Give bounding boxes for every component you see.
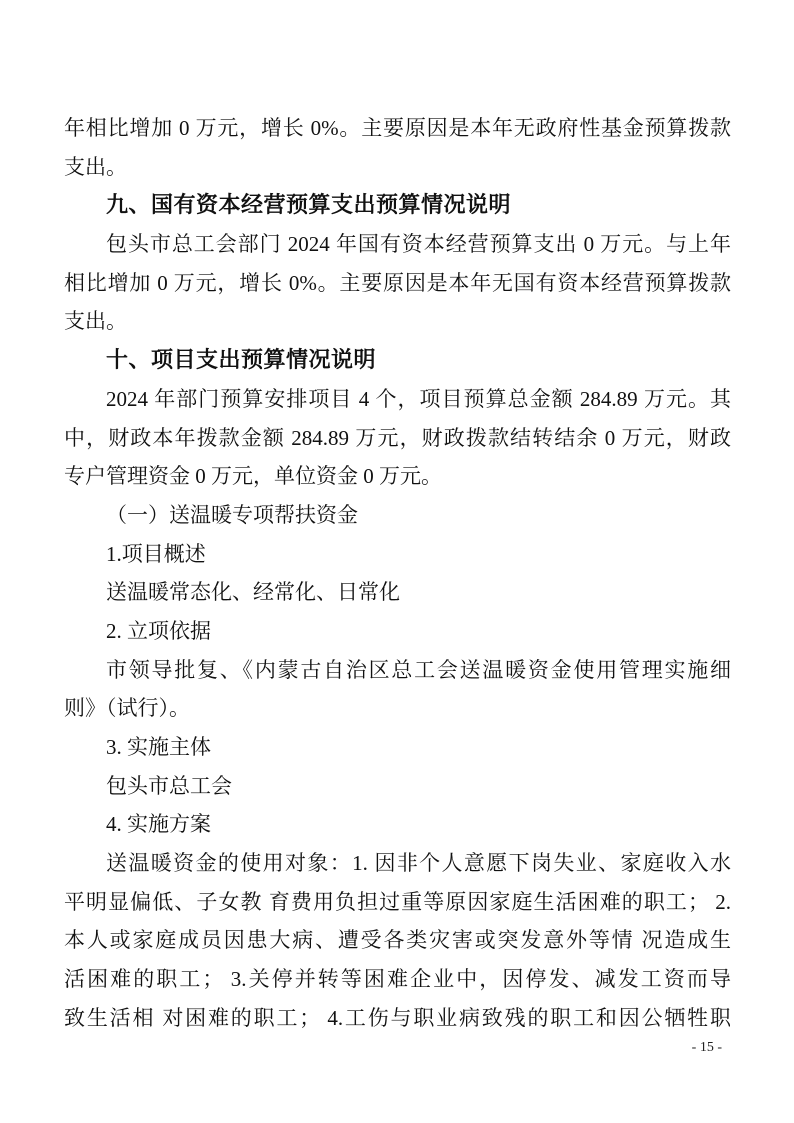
text-line: 中，财政本年拨款金额 284.89 万元，财政拨款结转结余 0 万元，财政 — [64, 419, 731, 458]
subsection-heading: （一）送温暖专项帮扶资金 — [64, 496, 731, 535]
text-line: 活困难的职工； 3.关停并转等困难企业中，因停发、减发工资而导 — [64, 960, 731, 999]
text-line: 支出。 — [64, 148, 731, 187]
text-line: 送温暖常态化、经常化、日常化 — [64, 573, 731, 612]
text-line: 年相比增加 0 万元，增长 0%。主要原因是本年无政府性基金预算拨款 — [64, 109, 731, 148]
text-line: 包头市总工会 — [64, 767, 731, 806]
text-line: 本人或家庭成员因患大病、遭受各类灾害或突发意外等情 况造成生 — [64, 921, 731, 960]
list-item-heading: 3. 实施主体 — [64, 728, 731, 767]
list-item-heading: 4. 实施方案 — [64, 805, 731, 844]
list-item-heading: 1.项目概述 — [64, 535, 731, 574]
section-heading-9: 九、国有资本经营预算支出预算情况说明 — [64, 186, 731, 225]
document-page: 年相比增加 0 万元，增长 0%。主要原因是本年无政府性基金预算拨款 支出。 九… — [0, 0, 794, 1123]
text-line: 市领导批复、《内蒙古自治区总工会送温暖资金使用管理实施细 — [64, 651, 731, 690]
text-line: 平明显偏低、子女教 育费用负担过重等原因家庭生活困难的职工； 2. — [64, 883, 731, 922]
text-line: 包头市总工会部门 2024 年国有资本经营预算支出 0 万元。与上年 — [64, 225, 731, 264]
section-heading-10: 十、项目支出预算情况说明 — [64, 341, 731, 380]
list-item-heading: 2. 立项依据 — [64, 612, 731, 651]
text-line: 相比增加 0 万元，增长 0%。主要原因是本年无国有资本经营预算拨款 — [64, 264, 731, 303]
page-number: - 15 - — [692, 1038, 722, 1058]
text-line: 2024 年部门预算安排项目 4 个，项目预算总金额 284.89 万元。其 — [64, 380, 731, 419]
text-line: 支出。 — [64, 302, 731, 341]
text-line: 则》（试行）。 — [64, 689, 731, 728]
document-body: 年相比增加 0 万元，增长 0%。主要原因是本年无政府性基金预算拨款 支出。 九… — [64, 109, 731, 1038]
text-line: 专户管理资金 0 万元，单位资金 0 万元。 — [64, 457, 731, 496]
text-line: 送温暖资金的使用对象：1. 因非个人意愿下岗失业、家庭收入水 — [64, 844, 731, 883]
text-line: 致生活相 对困难的职工； 4.工伤与职业病致残的职工和因公牺牲职 — [64, 999, 731, 1038]
